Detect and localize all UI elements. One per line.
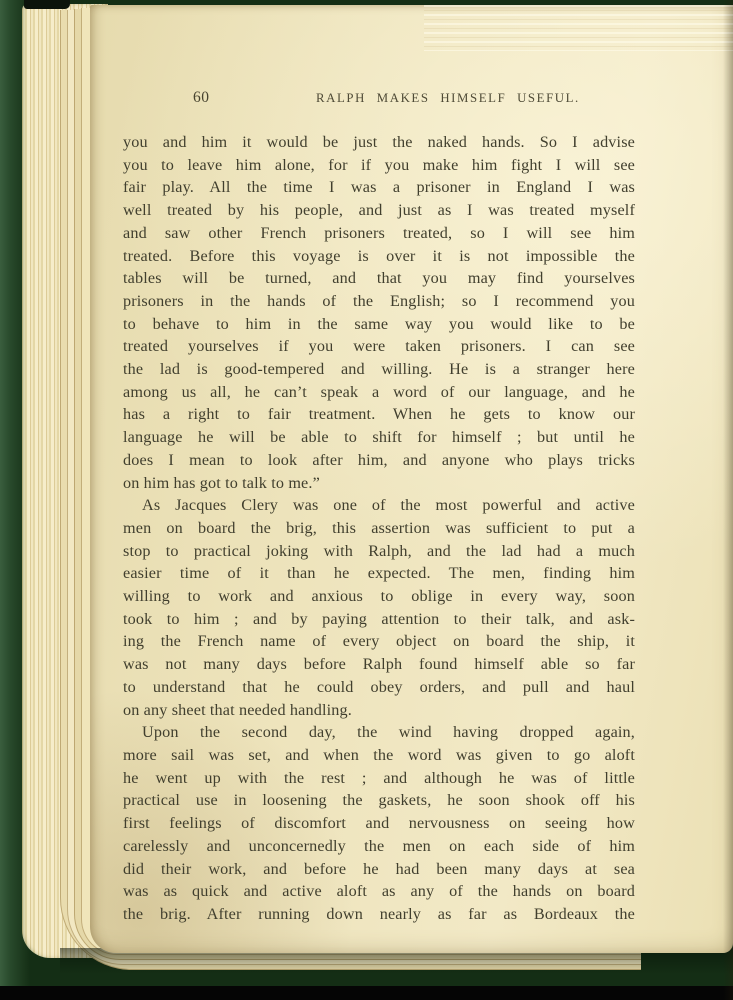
text-line: language he will be able to shift for hi…	[123, 426, 635, 449]
text-line: does I mean to look after him, and anyon…	[123, 449, 635, 472]
page-number: 60	[193, 89, 210, 107]
text-line: the lad is good-tempered and willing. He…	[123, 358, 635, 381]
text-line: took to him ; and by paying attention to…	[123, 608, 635, 631]
text-line: you to leave him alone, for if you make …	[123, 154, 635, 177]
text-line: among us all, he can’t speak a word of o…	[123, 381, 635, 404]
text-line: carelessly and unconcernedly the men on …	[123, 835, 635, 858]
text-line: ing the French name of every object on b…	[123, 630, 635, 653]
text-line: you and him it would be just the naked h…	[123, 131, 635, 154]
text-line: willing to work and anxious to oblige in…	[123, 585, 635, 608]
paragraph: As Jacques Clery was one of the most pow…	[123, 494, 635, 721]
text-line: more sail was set, and when the word was…	[123, 744, 635, 767]
text-line: was as quick and active aloft as any of …	[123, 880, 635, 903]
text-line: easier time of it than he expected. The …	[123, 562, 635, 585]
text-line: fair play. All the time I was a prisoner…	[123, 176, 635, 199]
text-line: treated yourselves if you were taken pri…	[123, 335, 635, 358]
paragraph: you and him it would be just the naked h…	[123, 131, 635, 494]
body-text: you and him it would be just the naked h…	[123, 131, 635, 926]
text-line: tables will be turned, and that you may …	[123, 267, 635, 290]
text-line: well treated by his people, and just as …	[123, 199, 635, 222]
book-page: 60 RALPH MAKES HIMSELF USEFUL. you and h…	[90, 5, 733, 953]
text-line: on him has got to talk to me.”	[123, 472, 635, 495]
text-line: to behave to him in the same way you wou…	[123, 313, 635, 336]
text-line: the brig. After running down nearly as f…	[123, 903, 635, 926]
bottom-black-edge	[0, 986, 733, 1000]
cover-top-notch	[24, 0, 70, 9]
text-line: Upon the second day, the wind having dro…	[123, 721, 635, 744]
right-edge-shadow	[723, 0, 733, 1000]
text-line: As Jacques Clery was one of the most pow…	[123, 494, 635, 517]
text-line: men on board the brig, this assertion wa…	[123, 517, 635, 540]
text-line: he went up with the rest ; and although …	[123, 767, 635, 790]
text-line: treated. Before this voyage is over it i…	[123, 245, 635, 268]
running-title: RALPH MAKES HIMSELF USEFUL.	[316, 91, 580, 106]
text-line: to understand that he could obey orders,…	[123, 676, 635, 699]
text-line: stop to practical joking with Ralph, and…	[123, 540, 635, 563]
text-line: has a right to fair treatment. When he g…	[123, 403, 635, 426]
text-line: practical use in loosening the gaskets, …	[123, 789, 635, 812]
page-header: 60 RALPH MAKES HIMSELF USEFUL.	[123, 89, 635, 111]
text-line: did their work, and before he had been m…	[123, 858, 635, 881]
book-scan: 60 RALPH MAKES HIMSELF USEFUL. you and h…	[0, 0, 733, 1000]
text-line: prisoners in the hands of the English; s…	[123, 290, 635, 313]
text-line: on any sheet that needed handling.	[123, 699, 635, 722]
text-line: first feelings of discomfort and nervous…	[123, 812, 635, 835]
paragraph: Upon the second day, the wind having dro…	[123, 721, 635, 925]
text-line: and saw other French prisoners treated, …	[123, 222, 635, 245]
text-line: was not many days before Ralph found him…	[123, 653, 635, 676]
